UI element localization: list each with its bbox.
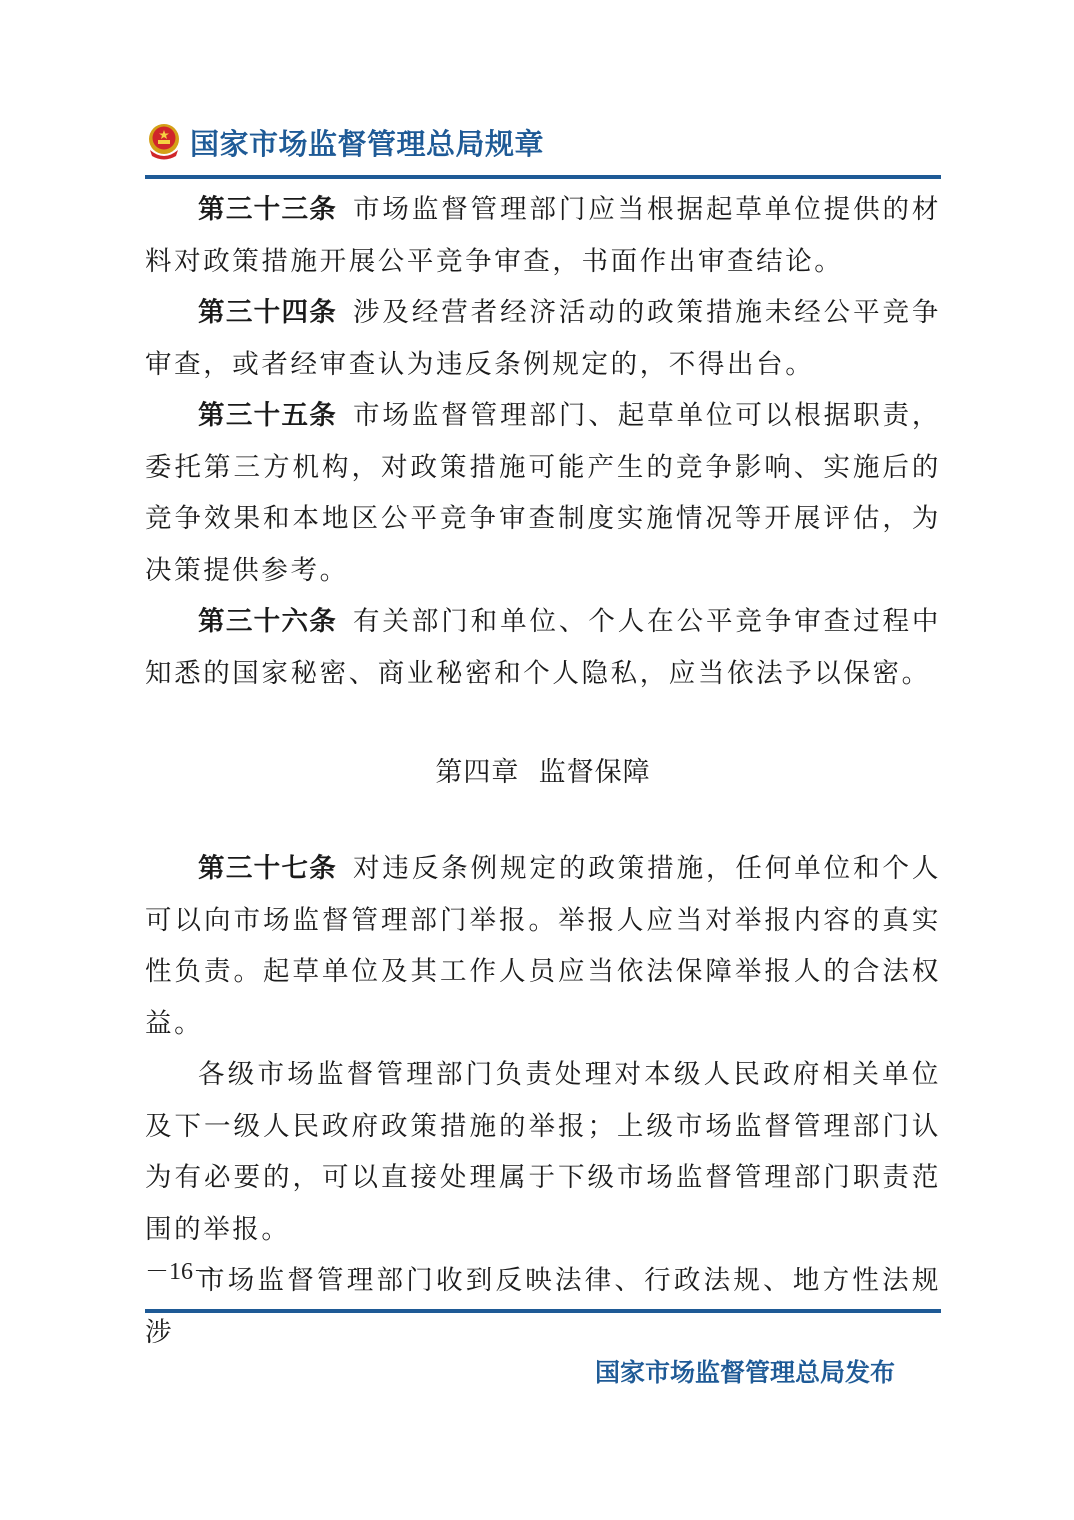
paragraph-text: 市场监督管理部门收到反映法律、行政法规、地方性法规涉 — [145, 1265, 941, 1348]
chapter-heading: 第四章 监督保障 — [145, 755, 941, 791]
header-divider — [145, 175, 941, 179]
article-35: 第三十五条市场监督管理部门、起草单位可以根据职责，委托第三方机构，对政策措施可能… — [145, 390, 941, 596]
article-37: 第三十七条对违反条例规定的政策措施，任何单位和个人可以向市场监督管理部门举报。举… — [145, 843, 941, 1049]
national-emblem-icon — [145, 122, 183, 162]
article-number: 第三十四条 — [198, 297, 337, 328]
article-number: 第三十七条 — [198, 853, 337, 884]
article-number: 第三十三条 — [198, 194, 337, 225]
paragraph-text: 各级市场监督管理部门负责处理对本级人民政府相关单位及下一级人民政府政策措施的举报… — [145, 1059, 941, 1245]
article-number: 第三十五条 — [198, 400, 337, 431]
paragraph: 市场监督管理部门收到反映法律、行政法规、地方性法规涉 — [145, 1255, 941, 1358]
page-header: 国家市场监督管理总局规章 — [145, 118, 941, 180]
paragraph: 各级市场监督管理部门负责处理对本级人民政府相关单位及下一级人民政府政策措施的举报… — [145, 1049, 941, 1255]
page-number: －16－ — [145, 1251, 217, 1286]
article-36: 第三十六条有关部门和单位、个人在公平竞争审查过程中知悉的国家秘密、商业秘密和个人… — [145, 596, 941, 699]
header-title: 国家市场监督管理总局规章 — [190, 122, 544, 163]
footer-publisher: 国家市场监督管理总局发布 — [595, 1353, 895, 1389]
document-body: 第三十三条市场监督管理部门应当根据起草单位提供的材料对政策措施开展公平竞争审查，… — [145, 184, 941, 1358]
article-34: 第三十四条涉及经营者经济活动的政策措施未经公平竞争审查，或者经审查认为违反条例规… — [145, 287, 941, 390]
article-number: 第三十六条 — [198, 606, 337, 637]
footer-divider — [145, 1309, 941, 1313]
article-33: 第三十三条市场监督管理部门应当根据起草单位提供的材料对政策措施开展公平竞争审查，… — [145, 184, 941, 287]
